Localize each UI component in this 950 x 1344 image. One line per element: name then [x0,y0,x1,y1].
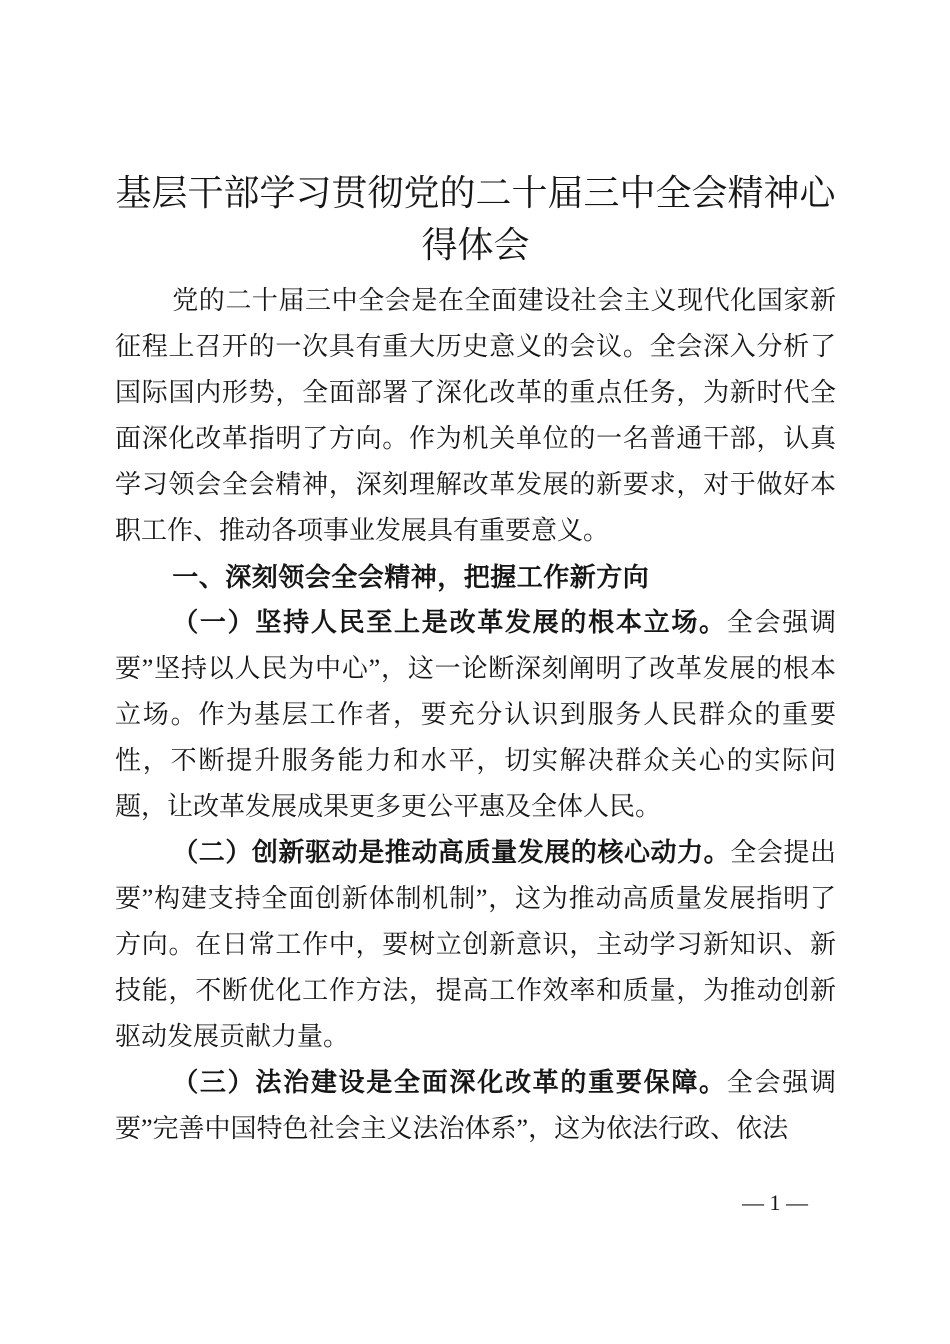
paragraph-lead-bold: （三）法治建设是全面深化改革的重要保障。 [172,1068,727,1097]
document-page: 基层干部学习贯彻党的二十届三中全会精神心得体会 党的二十届三中全会是在全面建设社… [0,0,950,1344]
document-body: 党的二十届三中全会是在全面建设社会主义现代化国家新征程上召开的一次具有重大历史意… [115,278,836,1152]
paragraph-lead-bold: （二）创新驱动是推动高质量发展的核心动力。 [172,838,730,867]
paragraph-lead-bold: （一）坚持人民至上是改革发展的根本立场。 [172,608,727,637]
body-paragraph: （二）创新驱动是推动高质量发展的核心动力。全会提出要”构建支持全面创新体制机制”… [115,830,836,1060]
section-heading: 一、深刻领会全会精神，把握工作新方向 [115,554,836,600]
body-paragraph: （一）坚持人民至上是改革发展的根本立场。全会强调要”坚持以人民为中心”，这一论断… [115,600,836,830]
page-number: — 1 — [742,1190,808,1216]
paragraph-run: 全会强调要”坚持以人民为中心”，这一论断深刻阐明了改革发展的根本立场。作为基层工… [115,608,836,821]
paragraph-lead-bold: 一、深刻领会全会精神，把握工作新方向 [172,562,649,592]
paragraph-run: 全会提出要”构建支持全面创新体制机制”，这为推动高质量发展指明了方向。在日常工作… [115,838,836,1051]
body-paragraph: 党的二十届三中全会是在全面建设社会主义现代化国家新征程上召开的一次具有重大历史意… [115,278,836,554]
paragraph-run: 党的二十届三中全会是在全面建设社会主义现代化国家新征程上召开的一次具有重大历史意… [115,286,836,545]
document-content: 基层干部学习贯彻党的二十届三中全会精神心得体会 党的二十届三中全会是在全面建设社… [115,167,836,1152]
body-paragraph: （三）法治建设是全面深化改革的重要保障。全会强调要”完善中国特色社会主义法治体系… [115,1060,836,1152]
document-title: 基层干部学习贯彻党的二十届三中全会精神心得体会 [115,167,836,271]
